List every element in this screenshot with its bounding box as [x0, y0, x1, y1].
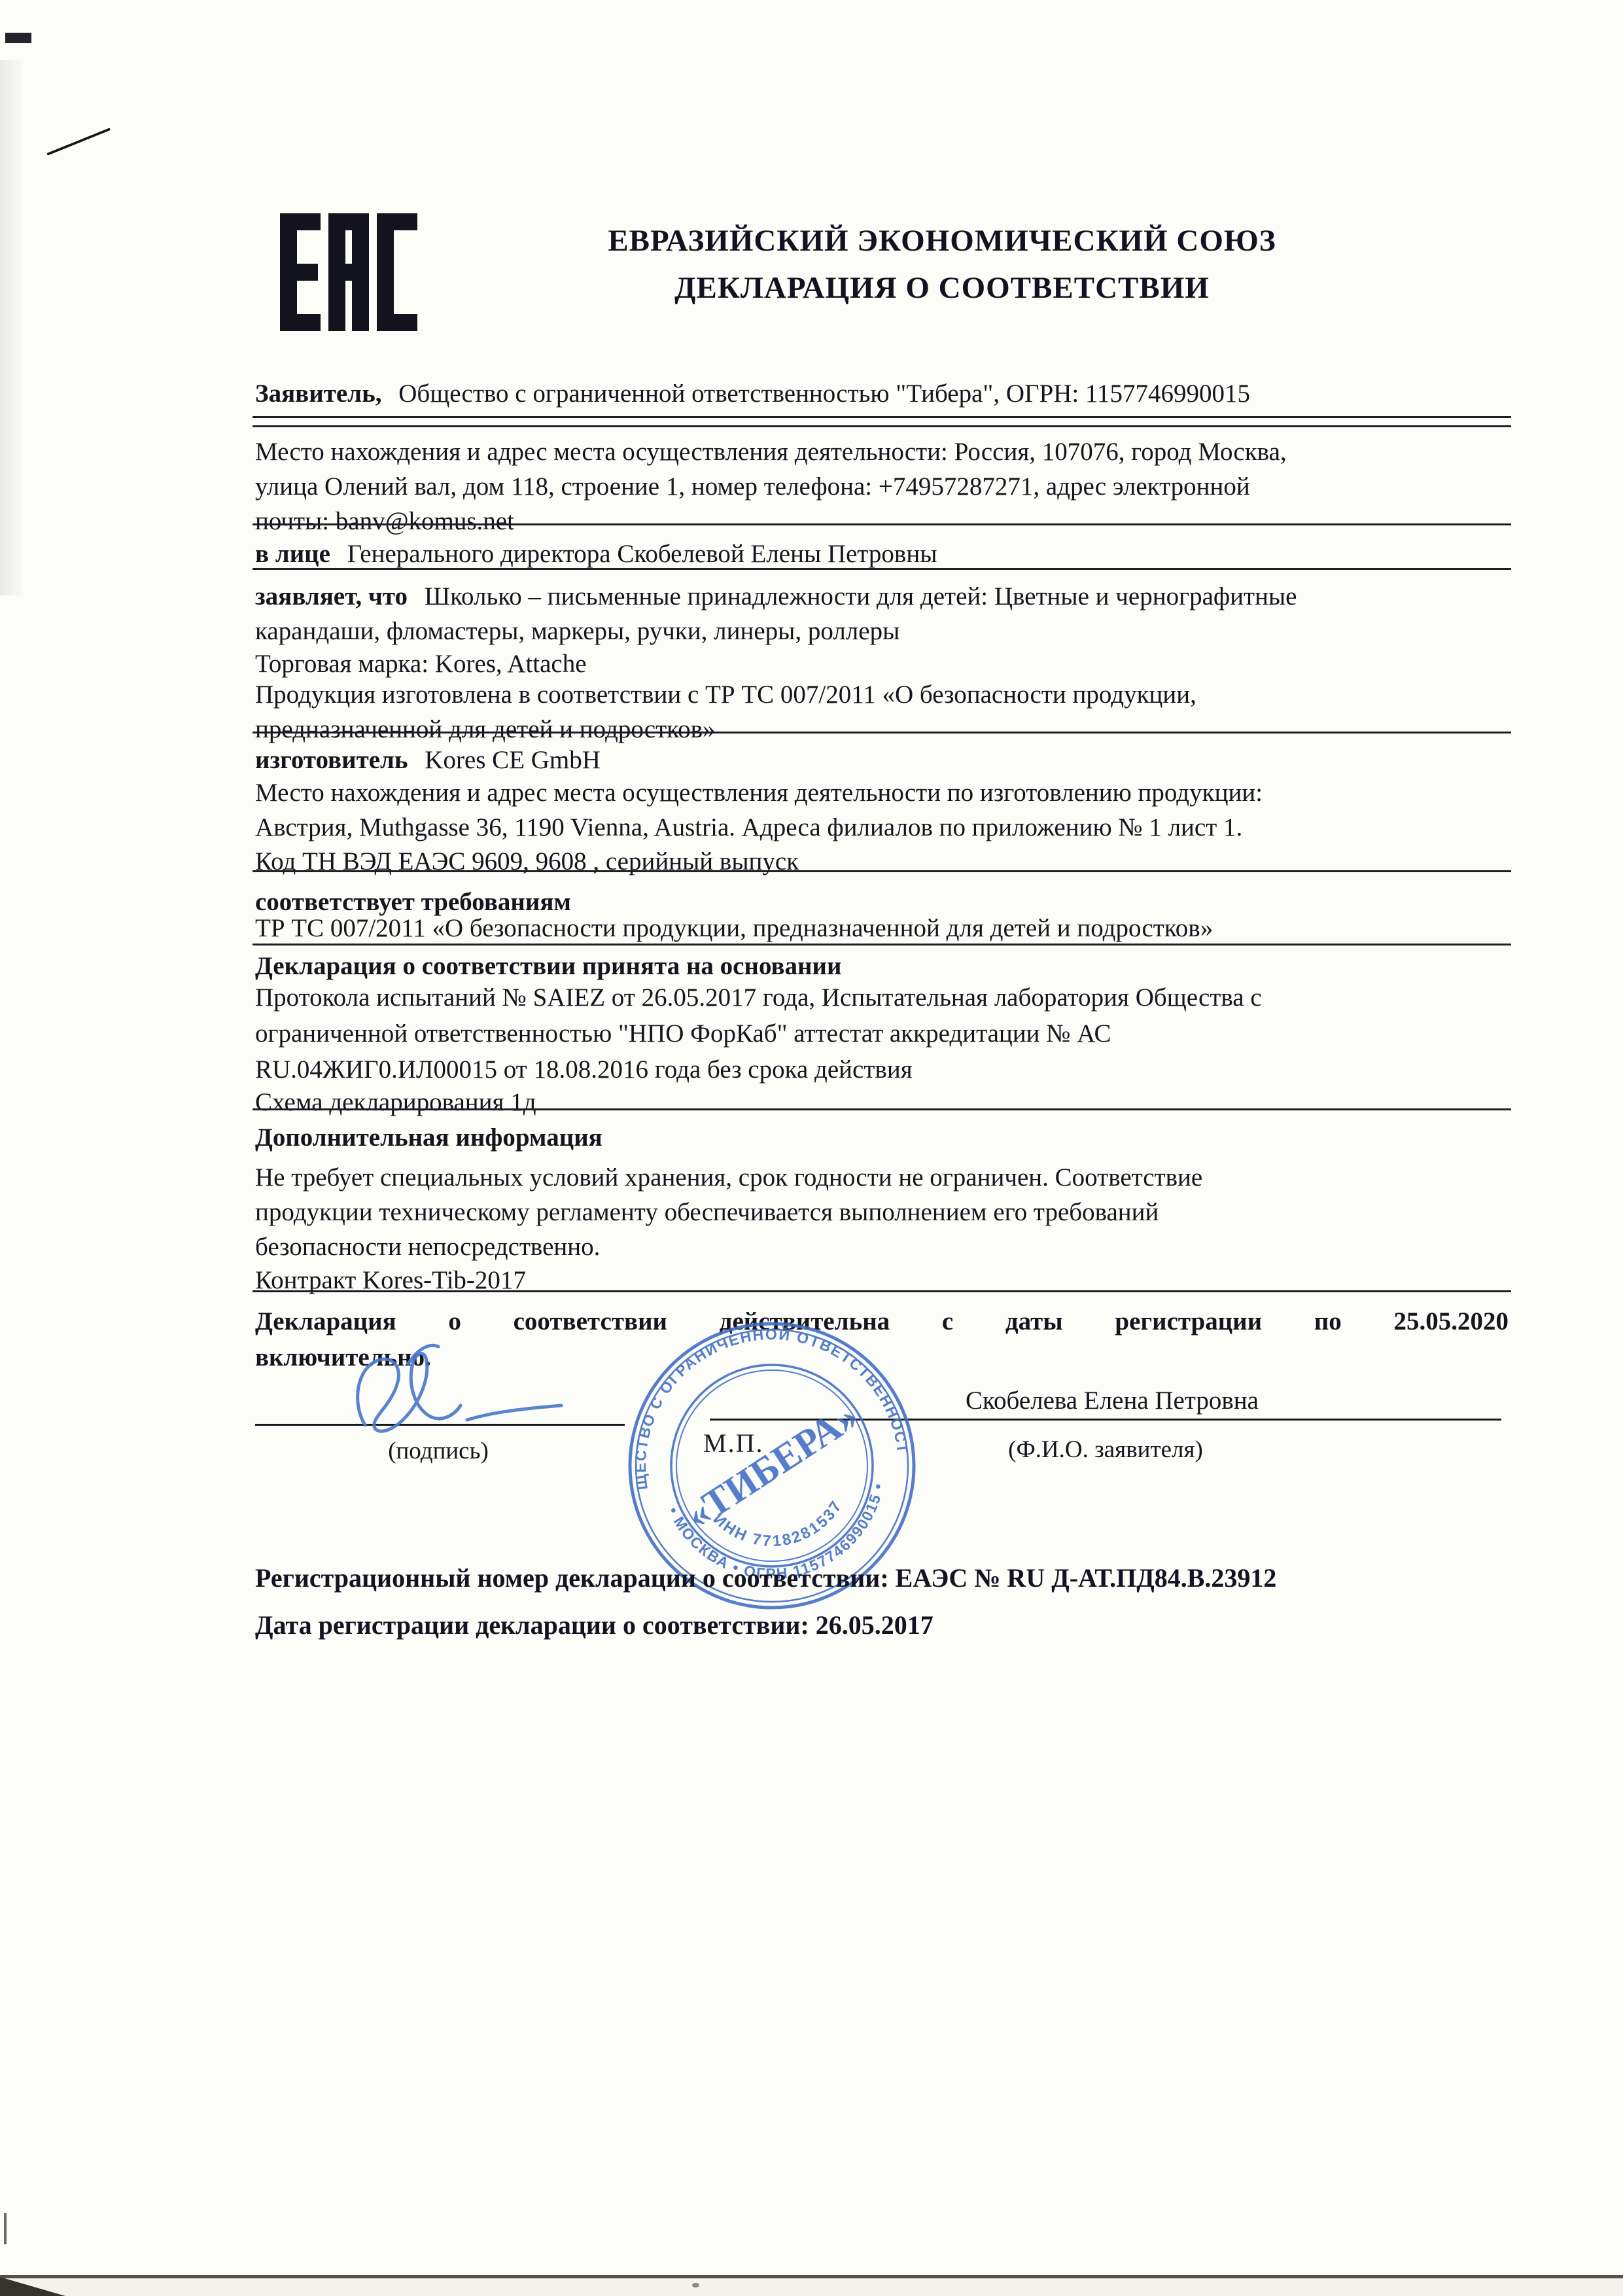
document-title: ЕВРАЗИЙСКИЙ ЭКОНОМИЧЕСКИЙ СОЮЗ ДЕКЛАРАЦИ… [458, 217, 1426, 311]
tnved-row: Код ТН ВЭД ЕАЭС 9609, 9608 , серийный вы… [255, 844, 1509, 879]
manufacturer-row: изготовитель Kores CE GmbH [255, 743, 1509, 777]
registration-date-line: Дата регистрации декларации о соответств… [255, 1610, 1531, 1640]
section-divider [253, 425, 1511, 427]
manufacturer-address: Место нахождения и адрес места осуществл… [255, 775, 1509, 845]
manufacturer-label: изготовитель [255, 746, 408, 774]
manufacturer-value: Kores CE GmbH [425, 746, 601, 774]
additional-text: Не требует специальных условий хранения,… [255, 1160, 1509, 1264]
declares-value: Школько – письменные принадлежности для … [255, 582, 1297, 645]
section-divider [253, 523, 1511, 525]
applicant-value: Общество с ограниченной ответственностью… [398, 380, 1250, 408]
product-made-row: Продукция изготовлена в соответствии с Т… [255, 677, 1509, 747]
handwritten-signature [345, 1340, 653, 1441]
in-person-row: в лице Генерального директора Скобелевой… [255, 537, 1509, 571]
registration-number-line: Регистрационный номер декларации о соотв… [255, 1563, 1531, 1593]
section-divider [253, 944, 1511, 945]
applicant-name: Скобелева Елена Петровна [850, 1386, 1374, 1415]
basis-value: Протокола испытаний № SAIEZ от 26.05.201… [255, 980, 1509, 1087]
in-person-value: Генерального директора Скобелевой Елены … [347, 540, 937, 568]
conforms-value: ТР ТС 007/2011 «О безопасности продукции… [255, 911, 1509, 945]
scan-bottom-edge-area [0, 2278, 1623, 2296]
section-divider [253, 732, 1511, 733]
section-divider [253, 1290, 1511, 1292]
trademark-row: Торговая марка: Kores, Attache [255, 646, 1509, 681]
declares-label: заявляет, что [255, 582, 408, 610]
additional-label: Дополнительная информация [255, 1120, 1509, 1155]
scan-pen-stroke [46, 128, 111, 156]
scan-corner-dash [5, 33, 31, 43]
section-divider [253, 870, 1511, 872]
scan-left-edge-tick [4, 2213, 7, 2244]
declares-row: заявляет, что Школько – письменные прина… [255, 579, 1509, 648]
contract-row: Контракт Kores-Tib-2017 [255, 1263, 1509, 1298]
declaration-document-page: ЕВРАЗИЙСКИЙ ЭКОНОМИЧЕСКИЙ СОЮЗ ДЕКЛАРАЦИ… [0, 0, 1623, 2296]
applicant-row: Заявитель, Общество с ограниченной ответ… [255, 376, 1509, 411]
section-divider [253, 1108, 1511, 1110]
basis-label: Декларация о соответствии принята на осн… [255, 949, 1509, 983]
scan-edge-band [0, 60, 22, 595]
section-divider [253, 416, 1511, 418]
in-person-label: в лице [255, 540, 330, 568]
name-caption: (Ф.И.О. заявителя) [877, 1436, 1335, 1464]
mp-mark: М.П. [703, 1428, 763, 1458]
page-title-line2: ДЕКЛАРАЦИЯ О СООТВЕТСТВИИ [458, 264, 1426, 311]
page-title-line1: ЕВРАЗИЙСКИЙ ЭКОНОМИЧЕСКИЙ СОЮЗ [458, 217, 1426, 264]
scan-bottom-dot [692, 2283, 699, 2287]
applicant-label: Заявитель, [255, 380, 381, 408]
eac-logo [280, 213, 417, 331]
section-divider [253, 568, 1511, 570]
scheme-row: Схема декларирования 1д [255, 1085, 1509, 1120]
